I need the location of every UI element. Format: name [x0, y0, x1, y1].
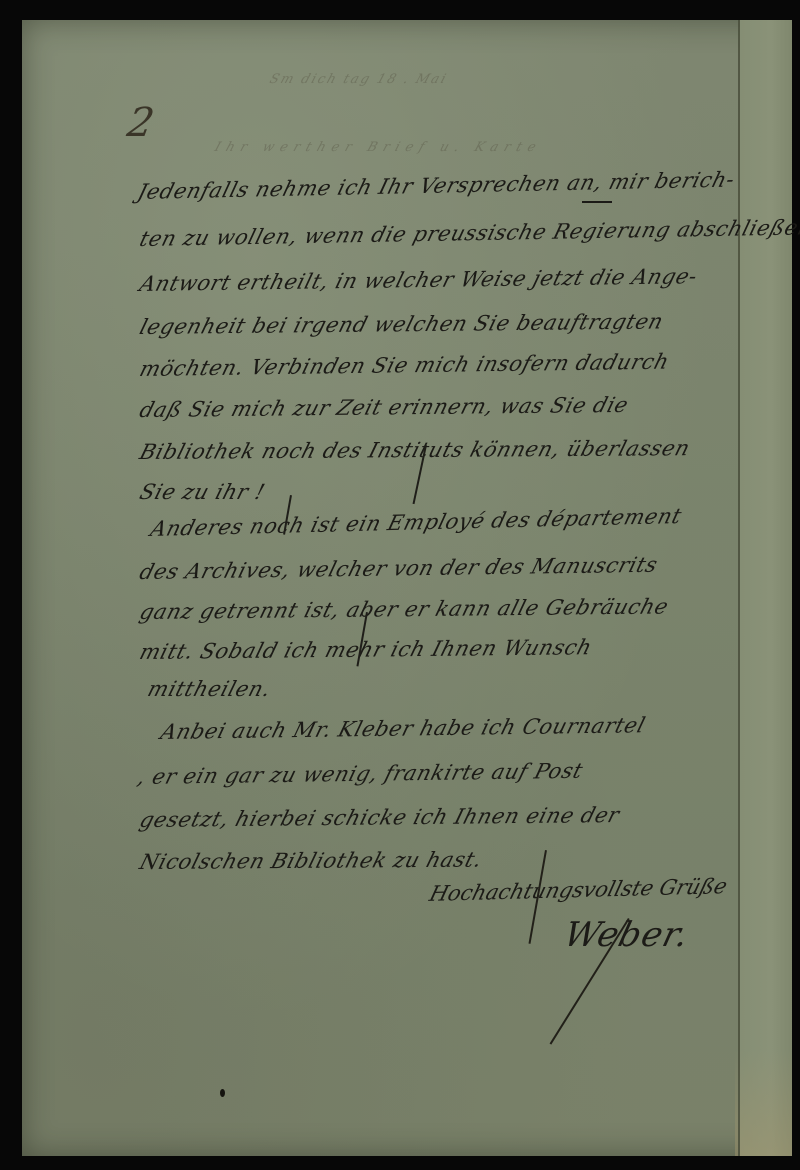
letter-line: gesetzt, hierbei schicke ich Ihnen eine … [137, 803, 622, 832]
bleed-through-line: Ihr werther Brief u. Karte [213, 140, 544, 155]
ink-blot [220, 1089, 225, 1097]
letter-line: Bibliothek noch des Instituts können, üb… [137, 436, 693, 464]
letter-line: Sie zu ihr ! [137, 480, 268, 504]
fold-line [738, 20, 740, 1156]
letter-line: Nicolschen Bibliothek zu hast. [137, 848, 485, 874]
bleed-through-line: Sm dich tag 18 . Mai [268, 72, 450, 87]
paper-stain [735, 1050, 792, 1156]
underline-mark [582, 201, 612, 203]
folded-margin-strip [740, 20, 792, 1156]
letter-line: mitt. Sobald ich mehr ich Ihnen Wunsch [137, 635, 595, 664]
letter-line: mittheilen. [145, 677, 274, 701]
